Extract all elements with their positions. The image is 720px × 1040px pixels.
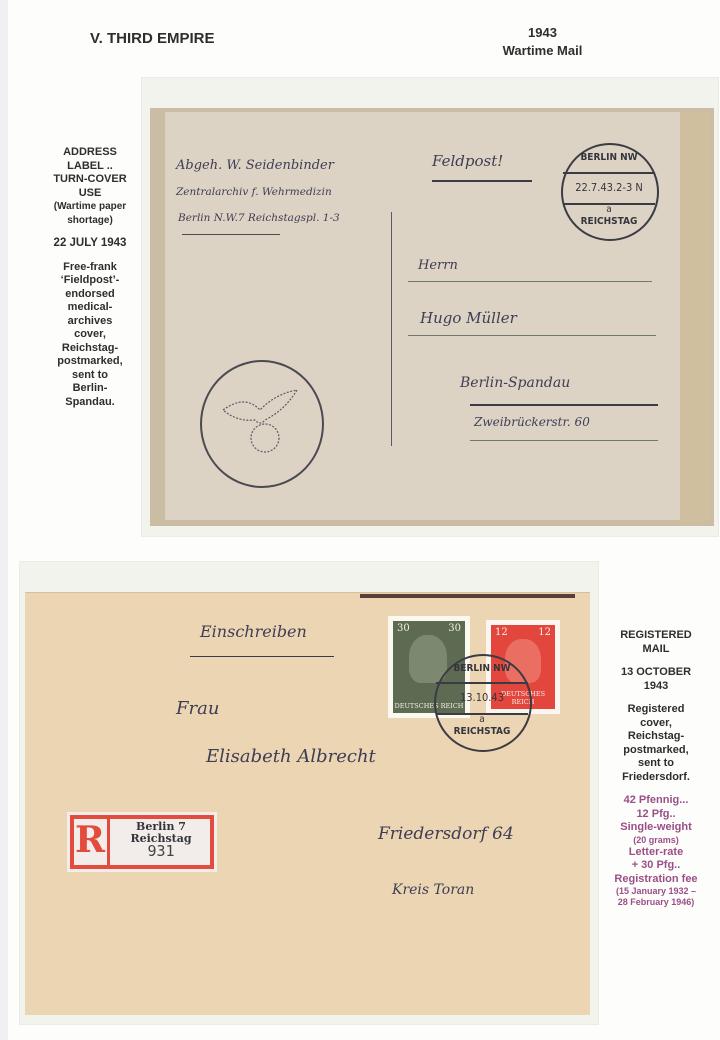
cover2-torn-edge: [360, 594, 575, 598]
caption-line: 42 Pfennig...: [604, 794, 708, 808]
item1-description: Free-frank‘Fieldpost’-endorsedmedical-ar…: [38, 261, 142, 410]
caption-line: archives: [38, 315, 142, 329]
cover1-recipient-line: Hugo Müller: [420, 309, 517, 327]
caption-line: Friedersdorf.: [604, 771, 708, 785]
page-period: 1943 Wartime Mail: [470, 24, 615, 60]
caption-line: ADDRESS: [38, 146, 142, 160]
caption-line: Single-weight: [604, 821, 708, 835]
caption-line: cover,: [604, 717, 708, 731]
caption-line: ‘Fieldpost’-: [38, 274, 142, 288]
address-line: [408, 281, 652, 282]
divider-line: [391, 212, 392, 446]
eagle-emblem-icon: [215, 380, 305, 460]
caption-line: (15 January 1932 –: [604, 886, 708, 897]
caption-line: sent to: [604, 757, 708, 771]
page-edge: [0, 0, 8, 1040]
caption-line: sent to: [38, 369, 142, 383]
postmark-letter: a: [436, 714, 528, 725]
caption-line: endorsed: [38, 288, 142, 302]
postmark-bar: [436, 682, 528, 684]
cover2-recipient-line: Elisabeth Albrecht: [206, 746, 376, 767]
cover2-recipient-line: Kreis Toran: [392, 882, 474, 898]
caption-line: (Wartime paper: [38, 200, 142, 214]
stamp-value: 12: [538, 627, 551, 638]
stamp-value: 30: [397, 623, 410, 634]
postmark-bottom: REICHSTAG: [563, 216, 655, 227]
cover2-endorsement: Einschreiben: [200, 622, 307, 641]
caption-line: Free-frank: [38, 261, 142, 275]
cover1-recipient-line: Herrn: [418, 258, 458, 273]
caption-line: (20 grams): [604, 835, 708, 846]
cover1-endorsement: Feldpost!: [432, 152, 503, 170]
caption-line: Reichstag-: [604, 730, 708, 744]
item1-heading: ADDRESS LABEL .. TURN-COVER USE: [38, 146, 142, 200]
underline: [182, 234, 280, 235]
caption-line: Berlin-: [38, 382, 142, 396]
underline: [432, 180, 532, 182]
caption-line: LABEL ..: [38, 160, 142, 174]
caption-line: cover,: [38, 328, 142, 342]
label-separator: [107, 815, 110, 869]
caption-line: Reichstag-: [38, 342, 142, 356]
postmark-date: 13.10.43: [436, 691, 528, 704]
cover1-recipient-line: Berlin-Spandau: [460, 375, 570, 391]
cover1-sender-line: Berlin N.W.7 Reichstagspl. 1-3: [178, 212, 340, 224]
item2-description: Registeredcover,Reichstag-postmarked,sen…: [604, 703, 708, 784]
item1-date: 22 JULY 1943: [38, 237, 142, 251]
caption-line: Registered: [604, 703, 708, 717]
page-subtitle: Wartime Mail: [470, 42, 615, 60]
cover2-recipient-line: Frau: [176, 698, 219, 719]
postmark-date: 22.7.43.2-3 N: [563, 181, 655, 194]
postmark-top: BERLIN NW: [436, 663, 528, 674]
caption-line: Registration fee: [604, 873, 708, 887]
address-line: [470, 440, 658, 441]
address-line: [470, 404, 658, 406]
caption-line: USE: [38, 187, 142, 201]
item1-note: (Wartime paper shortage): [38, 200, 142, 227]
caption-line: 28 February 1946): [604, 897, 708, 908]
caption-line: REGISTERED: [604, 629, 708, 643]
underline: [190, 656, 334, 657]
item2-date: 13 OCTOBER 1943: [604, 666, 708, 693]
cover1-recipient-line: Zweibrückerstr. 60: [474, 415, 590, 429]
registration-r-icon: R: [75, 820, 105, 860]
caption-line: Spandau.: [38, 396, 142, 410]
item1-caption: ADDRESS LABEL .. TURN-COVER USE (Wartime…: [38, 146, 142, 409]
cover1-flap: [680, 112, 710, 522]
stamp-value: 30: [448, 623, 461, 634]
page-title: V. THIRD EMPIRE: [90, 30, 214, 47]
page-year: 1943: [470, 24, 615, 42]
postmark-bar: [563, 172, 655, 174]
caption-line: MAIL: [604, 643, 708, 657]
cover1-sender-line: Zentralarchiv f. Wehrmedizin: [176, 186, 332, 198]
cover2-recipient-line: Friedersdorf 64: [378, 824, 514, 844]
item2-heading: REGISTERED MAIL: [604, 629, 708, 656]
caption-line: postmarked,: [604, 744, 708, 758]
postmark-letter: a: [563, 204, 655, 215]
postmark-top: BERLIN NW: [563, 152, 655, 163]
caption-line: postmarked,: [38, 355, 142, 369]
caption-line: Letter-rate: [604, 846, 708, 860]
registration-label: R Berlin 7 Reichstag 931: [67, 812, 217, 872]
cover1-sender-line: Abgeh. W. Seidenbinder: [176, 158, 334, 173]
postmark-bottom: REICHSTAG: [436, 726, 528, 737]
address-line: [408, 335, 656, 336]
stamp-value: 12: [495, 627, 508, 638]
caption-line: 12 Pfg..: [604, 808, 708, 822]
caption-line: TURN-COVER: [38, 173, 142, 187]
caption-line: shortage): [38, 214, 142, 228]
caption-line: 1943: [604, 680, 708, 694]
item2-postal-rate: 42 Pfennig...12 Pfg..Single-weight(20 gr…: [604, 794, 708, 908]
caption-line: + 30 Pfg..: [604, 859, 708, 873]
item2-caption: REGISTERED MAIL 13 OCTOBER 1943 Register…: [604, 629, 708, 908]
caption-line: medical-: [38, 301, 142, 315]
caption-line: 13 OCTOBER: [604, 666, 708, 680]
registration-number: 931: [115, 842, 207, 860]
